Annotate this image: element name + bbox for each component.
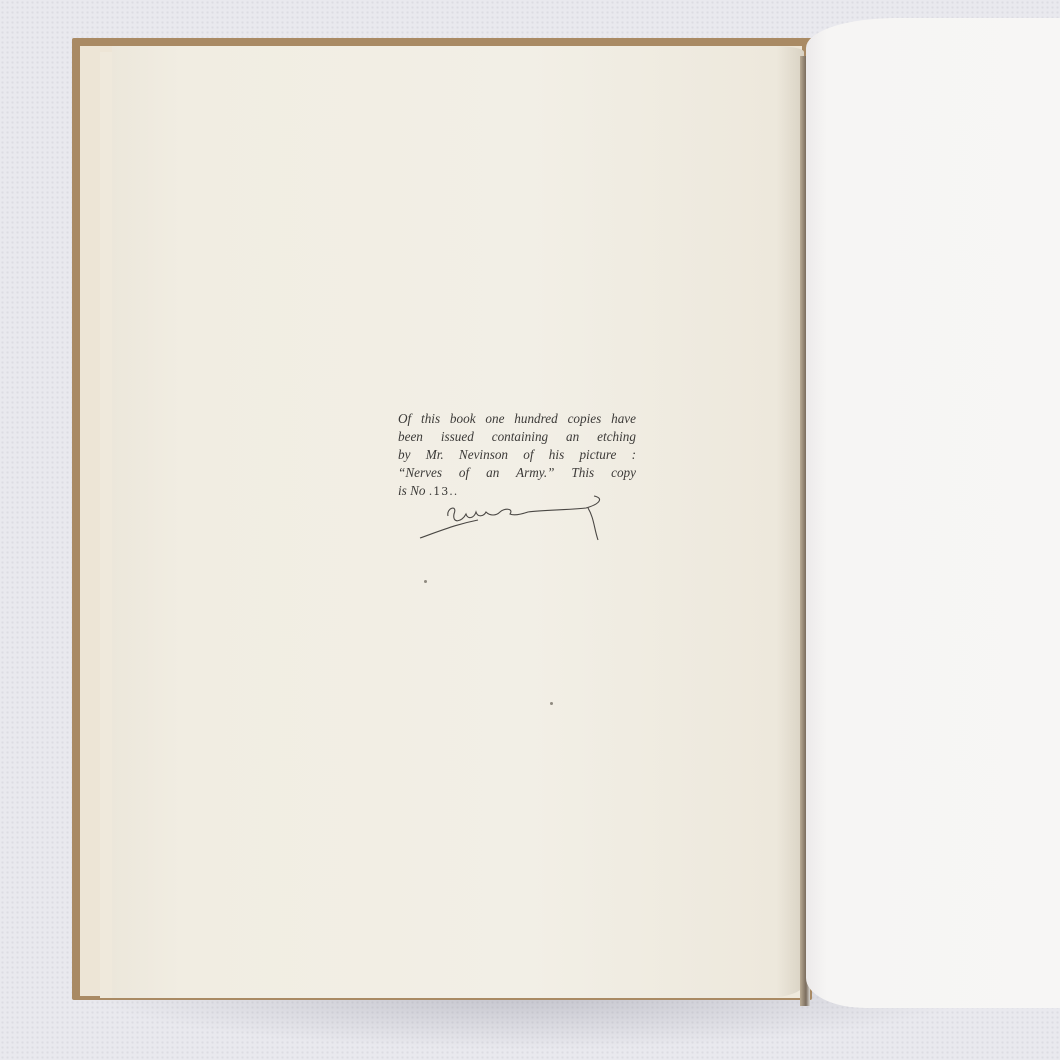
notice-line: “Nerves of an Army.” This copy xyxy=(398,464,636,482)
right-page xyxy=(806,18,1060,1008)
paper-speck xyxy=(424,580,427,583)
signature-icon xyxy=(418,494,608,544)
notice-line: Of this book one hundred copies have xyxy=(398,410,636,428)
notice-line: by Mr. Nevinson of his picture : xyxy=(398,446,636,464)
paper-speck xyxy=(550,702,553,705)
limited-edition-notice: Of this book one hundred copies have bee… xyxy=(398,410,636,501)
notice-line: been issued containing an etching xyxy=(398,428,636,446)
